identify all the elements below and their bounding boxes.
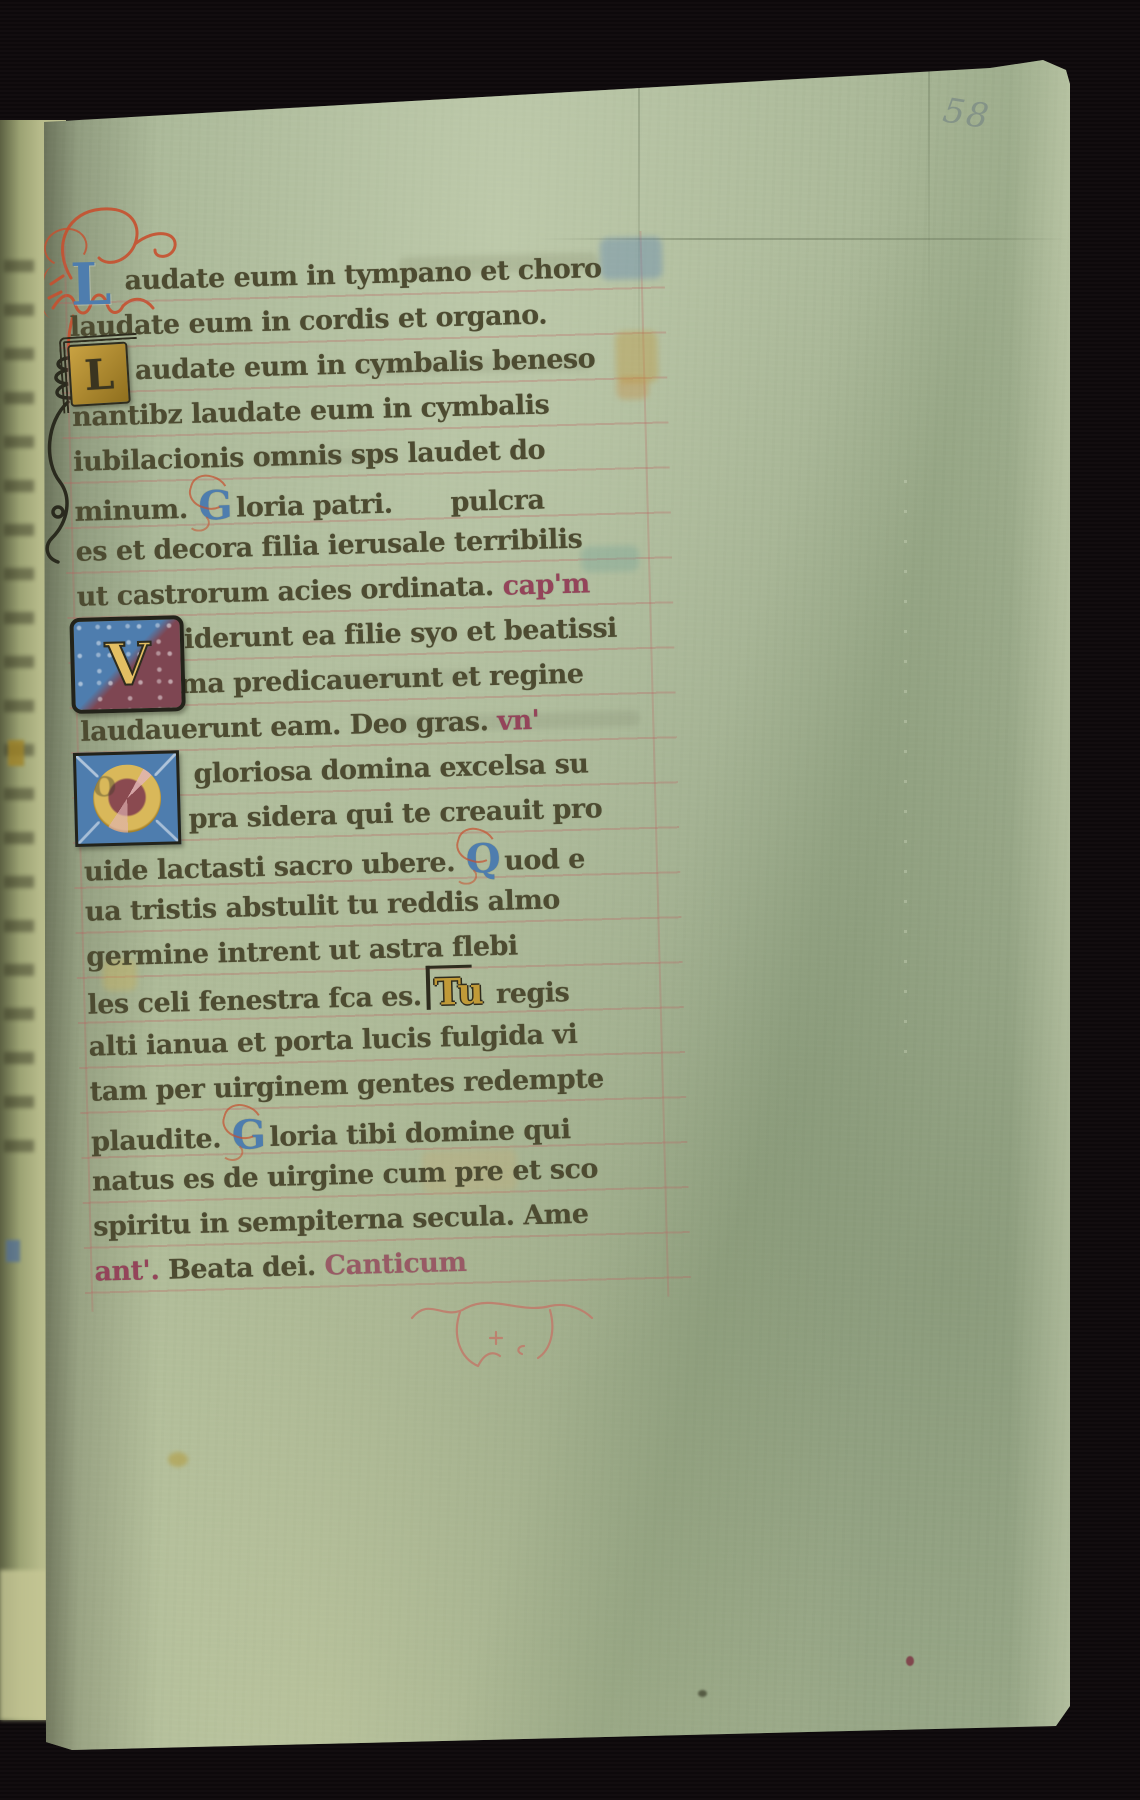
text-segment-ink: es et decora filia ierusale terribilis bbox=[75, 524, 582, 568]
text-segment-ink: ua tristis abstulit tu reddis almo bbox=[85, 884, 561, 927]
text-segment-ink: spiritu in sempiterna secula. Ame bbox=[93, 1199, 589, 1243]
text-segment-ink: tam per uirginem gentes redempte bbox=[89, 1063, 604, 1107]
text-segment-ink: alti ianua et porta lucis fulgida vi bbox=[88, 1019, 578, 1063]
text-segment-ink: gloriosa domina excelsa su bbox=[193, 749, 589, 790]
text-segment-ink: minum. bbox=[74, 494, 197, 528]
illuminated-initial-L: L bbox=[67, 341, 131, 407]
illuminated-initial-L: L bbox=[64, 251, 118, 318]
text-segment-ink: pra sidera qui te creauit pro bbox=[188, 793, 602, 835]
text-segment-ink: regis bbox=[487, 977, 570, 1010]
text-segment-ink: laudauerunt eam. Deo gras. bbox=[80, 706, 498, 748]
text-segment-rubric-faded: Canticum bbox=[324, 1247, 467, 1282]
fore-edge-highlight bbox=[1010, 60, 1070, 1752]
text-segment-ink: plaudite. bbox=[91, 1123, 231, 1158]
text-block: Laudate eum in tympano et chorolaudate e… bbox=[68, 244, 696, 1319]
text-lines: Laudate eum in tympano et chorolaudate e… bbox=[68, 244, 695, 1294]
folio-number: 58 bbox=[940, 91, 993, 138]
text-segment-ink: loria tibi domine qui bbox=[269, 1114, 571, 1153]
speck bbox=[698, 1690, 707, 1697]
text-segment-rubric: cap'm bbox=[502, 568, 590, 601]
text-segment-gap bbox=[393, 511, 451, 513]
text-segment-ink: natus es de uirgine cum pre et sco bbox=[92, 1153, 599, 1197]
text-segment-ink: audate eum in cymbalis beneso bbox=[135, 343, 596, 386]
text-segment-ink: iderunt ea filie syo et beatissi bbox=[184, 613, 618, 655]
text-segment-ink: ma predicauerunt et regine bbox=[179, 659, 584, 701]
previous-page-gold-initial-fleck bbox=[8, 740, 24, 766]
text-segment-ink: nantibz laudate eum in cymbalis bbox=[72, 389, 550, 432]
vertical-crease bbox=[928, 70, 930, 330]
text-segment-rubric: ant'. bbox=[94, 1255, 168, 1288]
previous-page-text-showthrough bbox=[4, 260, 34, 1160]
text-segment-init-gold: Tu bbox=[434, 970, 484, 1013]
pricking-holes bbox=[904, 480, 907, 1080]
illuminated-initial-V: V bbox=[69, 615, 185, 714]
text-segment-ink: iubilacionis omnis sps laudet do bbox=[73, 435, 546, 478]
horizontal-crease bbox=[538, 238, 1070, 240]
speck bbox=[906, 1656, 914, 1666]
stain bbox=[168, 1452, 188, 1467]
manuscript-page: 58 bbox=[38, 60, 1070, 1752]
text-segment-ink: laudate eum in cordis et organo. bbox=[69, 299, 547, 342]
text-segment-init-blue: Q bbox=[465, 835, 501, 883]
text-segment-ink: uod e bbox=[504, 844, 585, 877]
text-segment-ink: pulcra bbox=[450, 485, 545, 518]
text-segment-ink: audate eum in tympano et choro bbox=[124, 253, 602, 296]
text-segment-ink: ut castrorum acies ordinata. bbox=[76, 571, 503, 613]
manuscript-photo: 58 bbox=[0, 0, 1140, 1800]
text-segment-init-blue: G bbox=[198, 482, 233, 530]
previous-page-blue-initial-fleck bbox=[6, 1240, 20, 1262]
illuminated-initial-O: O bbox=[73, 750, 181, 847]
text-segment-ink: loria patri. bbox=[236, 489, 393, 524]
text-segment-ink: les celi fenestra fca es. bbox=[87, 981, 431, 1021]
text-segment-ink: Beata dei. bbox=[168, 1251, 325, 1286]
text-segment-rubric: vn' bbox=[497, 705, 540, 737]
text-segment-init-blue: G bbox=[231, 1111, 266, 1159]
